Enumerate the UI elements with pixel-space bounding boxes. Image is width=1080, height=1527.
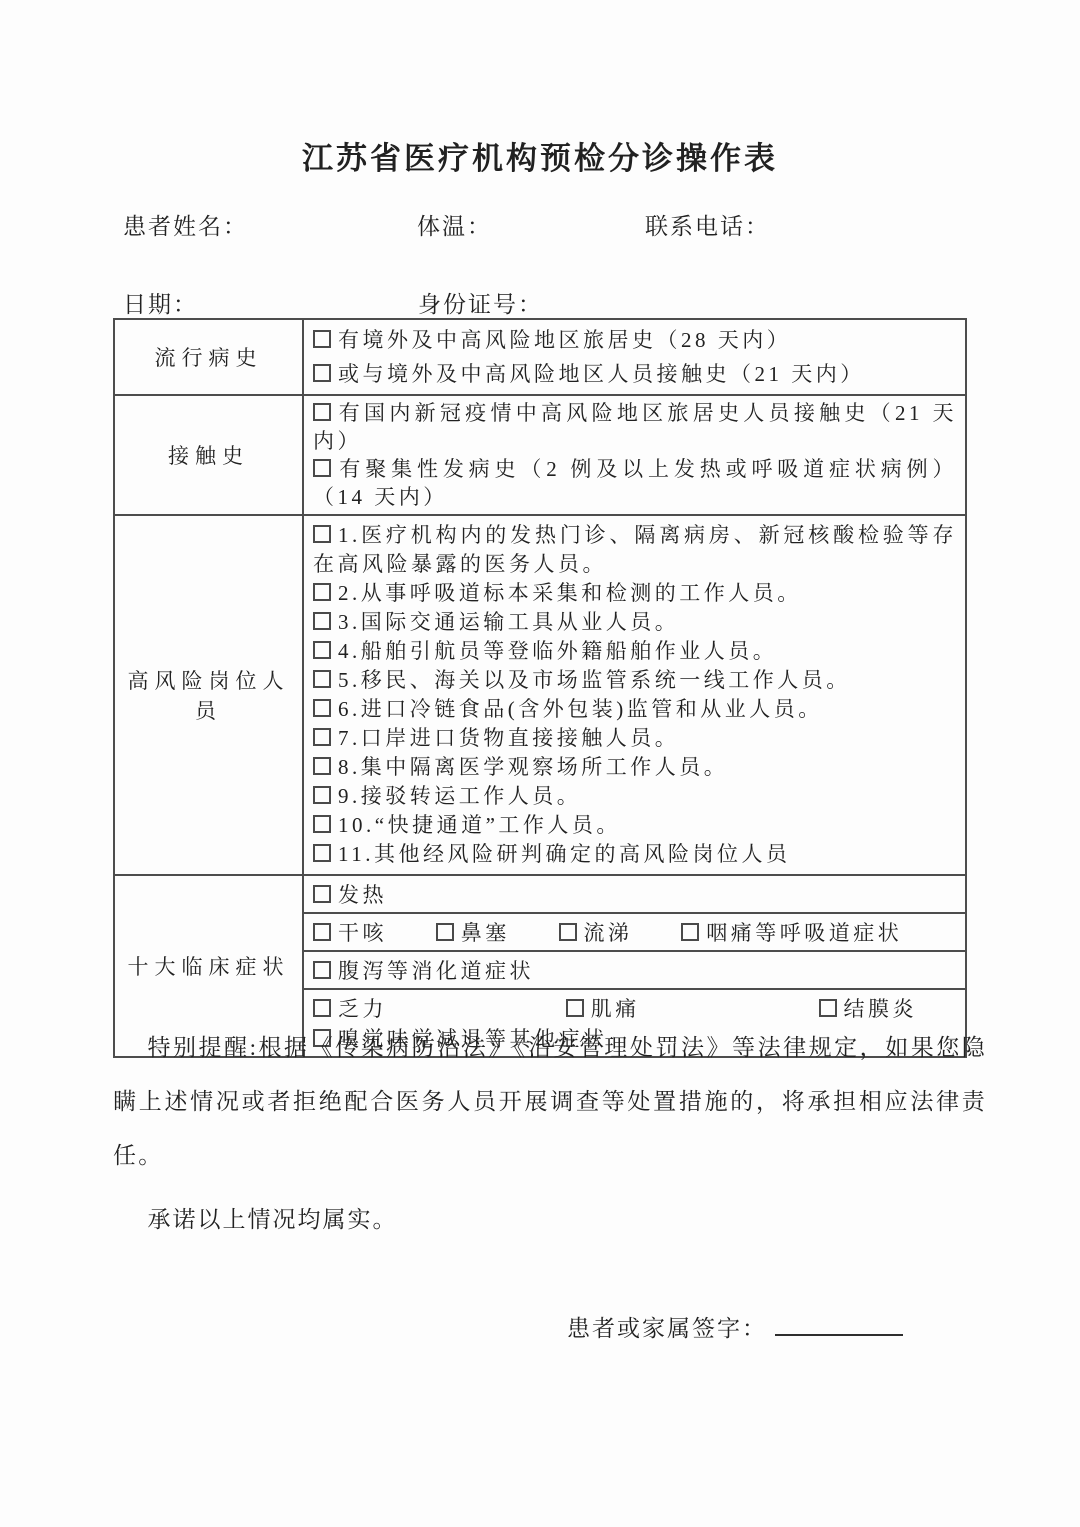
checkbox-icon[interactable]	[681, 923, 699, 941]
checkbox-item: 咽痛等呼吸道症状	[681, 917, 902, 947]
checkbox-item-label: 鼻塞	[461, 921, 510, 945]
checkbox-item-label: 结膜炎	[844, 997, 918, 1021]
checkbox-item-label: 5.移民、海关以及市场监管系统一线工作人员。	[338, 668, 851, 692]
id-number-label: 身份证号：	[418, 286, 543, 319]
checkbox-icon[interactable]	[819, 999, 837, 1017]
checkbox-item: 2.从事呼吸道标本采集和检测的工作人员。	[313, 579, 957, 608]
checkbox-item-label: 7.口岸进口货物直接接触人员。	[338, 726, 679, 750]
legal-notice: 特别提醒:根据《传染病防治法》《治安管理处罚法》等法律规定，如果您隐瞒上述情况或…	[113, 1021, 987, 1183]
symptoms-digestive-content: 腹泻等消化道症状	[303, 951, 966, 989]
checkbox-item: 3.国际交通运输工具从业人员。	[313, 608, 957, 637]
checkbox-item: 9.接驳转运工作人员。	[313, 782, 957, 811]
date-label: 日期：	[123, 286, 198, 319]
checkbox-icon[interactable]	[313, 885, 331, 903]
checkbox-item-label: 3.国际交通运输工具从业人员。	[338, 610, 679, 634]
checkbox-item-label: 或与境外及中高风险地区人员接触史（21 天内）	[338, 362, 865, 386]
checkbox-icon[interactable]	[313, 699, 331, 717]
patient-name-label: 患者姓名：	[123, 208, 248, 241]
checkbox-icon[interactable]	[436, 923, 454, 941]
checkbox-icon[interactable]	[313, 403, 331, 421]
checkbox-item: 有聚集性发病史（2 例及以上发热或呼吸道症状病例）（14 天内）	[313, 455, 957, 511]
checkbox-item: 乏力	[313, 993, 387, 1023]
signature-row: 患者或家属签字：	[567, 1310, 903, 1343]
phone-label: 联系电话：	[645, 208, 770, 241]
checkbox-item: 5.移民、海关以及市场监管系统一线工作人员。	[313, 666, 957, 695]
checkbox-item-label: 咽痛等呼吸道症状	[706, 921, 902, 945]
checkbox-icon[interactable]	[313, 670, 331, 688]
checkbox-item: 鼻塞	[436, 917, 510, 947]
checkbox-icon[interactable]	[313, 815, 331, 833]
checkbox-item: 4.船舶引航员等登临外籍船舶作业人员。	[313, 637, 957, 666]
checkbox-item: 有国内新冠疫情中高风险地区旅居史人员接触史（21 天内）	[313, 399, 957, 455]
checkbox-item: 7.口岸进口货物直接接触人员。	[313, 724, 957, 753]
checkbox-icon[interactable]	[313, 728, 331, 746]
checkbox-icon[interactable]	[313, 459, 331, 477]
checkbox-item: 腹泻等消化道症状	[313, 955, 534, 985]
checkbox-icon[interactable]	[313, 525, 331, 543]
page-title: 江苏省医疗机构预检分诊操作表	[0, 133, 1080, 178]
checkbox-icon[interactable]	[313, 612, 331, 630]
row-high-risk-positions: 高风险岗位人员 1.医疗机构内的发热门诊、隔离病房、新冠核酸检验等存在高风险暴露…	[114, 515, 966, 875]
checkbox-icon[interactable]	[313, 923, 331, 941]
checkbox-item-label: 9.接驳转运工作人员。	[338, 784, 581, 808]
checkbox-item: 发热	[313, 879, 387, 909]
checkbox-item-label: 4.船舶引航员等登临外籍船舶作业人员。	[338, 639, 777, 663]
checkbox-item: 肌痛	[566, 993, 640, 1023]
checkbox-item: 1.医疗机构内的发热门诊、隔离病房、新冠核酸检验等存在高风险暴露的医务人员。	[313, 521, 957, 579]
checkbox-item: 流涕	[559, 917, 633, 947]
signature-label: 患者或家属签字：	[567, 1316, 767, 1341]
category-high-risk-positions: 高风险岗位人员	[114, 515, 303, 875]
checkbox-item-label: 流涕	[584, 921, 633, 945]
checkbox-item-label: 有境外及中高风险地区旅居史（28 天内）	[338, 328, 791, 352]
checkbox-item-label: 10.“快捷通道”工作人员。	[338, 813, 621, 837]
checkbox-icon[interactable]	[313, 583, 331, 601]
checkbox-icon[interactable]	[313, 786, 331, 804]
checkbox-item: 干咳	[313, 917, 387, 947]
epidemic-history-content: 有境外及中高风险地区旅居史（28 天内） 或与境外及中高风险地区人员接触史（21…	[303, 319, 966, 395]
checkbox-item-label: 8.集中隔离医学观察场所工作人员。	[338, 755, 728, 779]
checkbox-icon[interactable]	[313, 999, 331, 1017]
checkbox-icon[interactable]	[313, 641, 331, 659]
checkbox-item: 10.“快捷通道”工作人员。	[313, 811, 957, 840]
checkbox-item-label: 肌痛	[591, 997, 640, 1021]
checkbox-item-label: 2.从事呼吸道标本采集和检测的工作人员。	[338, 581, 802, 605]
promise-statement: 承诺以上情况均属实。	[113, 1201, 987, 1234]
row-epidemic-history: 流行病史 有境外及中高风险地区旅居史（28 天内） 或与境外及中高风险地区人员接…	[114, 319, 966, 395]
checkbox-item: 有境外及中高风险地区旅居史（28 天内）	[313, 323, 957, 357]
checkbox-item-label: 有聚集性发病史（2 例及以上发热或呼吸道症状病例）（14 天内）	[313, 457, 957, 509]
checkbox-icon[interactable]	[313, 364, 331, 382]
checkbox-item-label: 11.其他经风险研判确定的高风险岗位人员	[338, 842, 790, 866]
symptoms-respiratory-content: 干咳 鼻塞 流涕 咽痛等呼吸道症状	[303, 913, 966, 951]
checkbox-item: 结膜炎	[819, 993, 918, 1023]
checkbox-icon[interactable]	[313, 330, 331, 348]
checkbox-item-label: 6.进口冷链食品(含外包装)监管和从业人员。	[338, 697, 823, 721]
checkbox-icon[interactable]	[559, 923, 577, 941]
checkbox-icon[interactable]	[566, 999, 584, 1017]
row-symptoms-fever: 十大临床症状 发热	[114, 875, 966, 913]
triage-table: 流行病史 有境外及中高风险地区旅居史（28 天内） 或与境外及中高风险地区人员接…	[113, 318, 967, 1058]
category-contact-history: 接触史	[114, 395, 303, 515]
checkbox-item: 或与境外及中高风险地区人员接触史（21 天内）	[313, 357, 957, 391]
checkbox-item: 6.进口冷链食品(含外包装)监管和从业人员。	[313, 695, 957, 724]
signature-line[interactable]	[775, 1312, 903, 1336]
checkbox-item-label: 发热	[338, 883, 387, 907]
row-contact-history: 接触史 有国内新冠疫情中高风险地区旅居史人员接触史（21 天内） 有聚集性发病史…	[114, 395, 966, 515]
temperature-label: 体温：	[417, 208, 492, 241]
category-epidemic-history: 流行病史	[114, 319, 303, 395]
checkbox-icon[interactable]	[313, 844, 331, 862]
checkbox-item: 8.集中隔离医学观察场所工作人员。	[313, 753, 957, 782]
checkbox-item-label: 腹泻等消化道症状	[338, 959, 534, 983]
checkbox-item-label: 乏力	[338, 997, 387, 1021]
contact-history-content: 有国内新冠疫情中高风险地区旅居史人员接触史（21 天内） 有聚集性发病史（2 例…	[303, 395, 966, 515]
triage-form-page: 江苏省医疗机构预检分诊操作表 患者姓名： 体温： 联系电话： 日期： 身份证号：…	[0, 0, 1080, 1527]
checkbox-icon[interactable]	[313, 757, 331, 775]
high-risk-positions-content: 1.医疗机构内的发热门诊、隔离病房、新冠核酸检验等存在高风险暴露的医务人员。 2…	[303, 515, 966, 875]
checkbox-icon[interactable]	[313, 961, 331, 979]
checkbox-item-label: 干咳	[338, 921, 387, 945]
checkbox-item: 11.其他经风险研判确定的高风险岗位人员	[313, 840, 957, 869]
symptoms-fever-content: 发热	[303, 875, 966, 913]
checkbox-item-label: 1.医疗机构内的发热门诊、隔离病房、新冠核酸检验等存在高风险暴露的医务人员。	[313, 523, 957, 576]
checkbox-item-label: 有国内新冠疫情中高风险地区旅居史人员接触史（21 天内）	[313, 401, 957, 453]
